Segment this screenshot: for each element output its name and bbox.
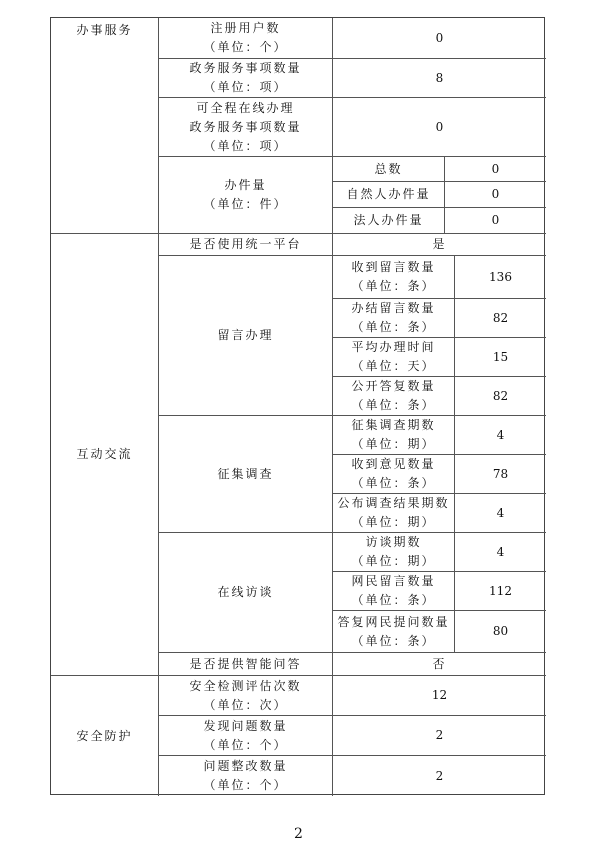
item-value: 0 — [436, 118, 444, 137]
item-unit: （单位：个） — [203, 736, 287, 755]
item-value: 0 — [436, 29, 444, 48]
item-unit: （单位：个） — [203, 776, 287, 795]
sub-unit: （单位：期） — [351, 513, 435, 532]
row-service-items-value: 8 — [332, 58, 546, 97]
item-unit: （单位：项） — [203, 78, 287, 97]
sub-label: 收到留言数量 — [351, 258, 435, 277]
sub-messages-received-value: 136 — [454, 255, 546, 298]
item-label-line1: 可全程在线办理 — [196, 99, 294, 118]
group-label: 征集调查 — [217, 465, 273, 484]
group-label: 在线访谈 — [217, 583, 273, 602]
sub-value: 4 — [497, 504, 505, 523]
sub-value: 136 — [489, 268, 512, 287]
sub-legal-person-label: 法人办件量 — [332, 207, 444, 233]
row-security-checks-label: 安全检测评估次数 （单位：次） — [158, 675, 332, 715]
sub-label: 办结留言数量 — [351, 299, 435, 318]
sub-label: 公布调查结果期数 — [337, 494, 449, 513]
sub-opinions-received-value: 78 — [454, 454, 546, 493]
sub-value: 0 — [492, 160, 500, 179]
row-issues-found-label: 发现问题数量 （单位：个） — [158, 715, 332, 755]
sub-unit: （单位：条） — [351, 318, 435, 337]
sub-results-published-label: 公布调查结果期数 （单位：期） — [332, 493, 454, 532]
sub-value: 4 — [497, 543, 505, 562]
sub-public-replies-label: 公开答复数量 （单位：条） — [332, 376, 454, 415]
section-label-text: 互动交流 — [76, 445, 132, 464]
sub-unit: （单位：天） — [351, 357, 435, 376]
row-smart-qa-value: 否 — [332, 652, 546, 675]
sub-value: 4 — [497, 426, 505, 445]
section-label-interaction: 互动交流 — [51, 233, 158, 675]
sub-natural-person-label: 自然人办件量 — [332, 181, 444, 207]
row-online-items-label: 可全程在线办理 政务服务事项数量 （单位：项） — [158, 97, 332, 156]
row-security-checks-value: 12 — [332, 675, 546, 715]
sub-unit: （单位：期） — [351, 435, 435, 454]
sub-value: 82 — [493, 309, 508, 328]
sub-total-value: 0 — [444, 156, 546, 181]
sub-interview-periods-label: 访谈期数 （单位：期） — [332, 532, 454, 571]
sub-avg-time-label: 平均办理时间 （单位：天） — [332, 337, 454, 376]
item-value: 8 — [436, 69, 444, 88]
row-unified-platform-label: 是否使用统一平台 — [158, 233, 332, 255]
sub-results-published-value: 4 — [454, 493, 546, 532]
row-registered-users-label: 注册用户数 （单位：个） — [158, 18, 332, 58]
row-issues-found-value: 2 — [332, 715, 546, 755]
item-value: 12 — [432, 686, 447, 705]
section-label-security: 安全防护 — [51, 675, 158, 796]
sub-unit: （单位：条） — [351, 632, 435, 651]
item-label: 是否使用统一平台 — [189, 235, 301, 254]
sub-value: 0 — [492, 211, 500, 230]
item-unit: （单位：个） — [203, 38, 287, 57]
item-label: 注册用户数 — [210, 19, 280, 38]
group-message-handling: 留言办理 — [158, 255, 332, 415]
item-unit: （单位：次） — [203, 696, 287, 715]
group-survey: 征集调查 — [158, 415, 332, 532]
sub-unit: （单位：条） — [351, 396, 435, 415]
row-case-volume-label: 办件量 （单位：件） — [158, 156, 332, 233]
sub-value: 80 — [493, 622, 508, 641]
sub-messages-received-label: 收到留言数量 （单位：条） — [332, 255, 454, 298]
item-label-line2: 政务服务事项数量 — [189, 118, 301, 137]
sub-label: 自然人办件量 — [346, 185, 430, 204]
sub-label: 答复网民提问数量 — [337, 613, 449, 632]
item-value: 否 — [432, 655, 446, 674]
row-online-items-value: 0 — [332, 97, 546, 156]
item-label: 发现问题数量 — [203, 717, 287, 736]
item-value: 2 — [436, 767, 444, 786]
sub-label: 公开答复数量 — [351, 377, 435, 396]
item-label: 安全检测评估次数 — [189, 677, 301, 696]
sub-questions-answered-label: 答复网民提问数量 （单位：条） — [332, 610, 454, 652]
item-unit: （单位：件） — [203, 195, 287, 214]
sub-netizen-messages-label: 网民留言数量 （单位：条） — [332, 571, 454, 610]
item-label: 是否提供智能问答 — [189, 655, 301, 674]
row-registered-users-value: 0 — [332, 18, 546, 58]
sub-value: 112 — [489, 582, 512, 601]
sub-opinions-received-label: 收到意见数量 （单位：条） — [332, 454, 454, 493]
item-unit: （单位：项） — [203, 137, 287, 156]
sub-survey-periods-label: 征集调查期数 （单位：期） — [332, 415, 454, 454]
statistics-table: 办事服务 注册用户数 （单位：个） 0 政务服务事项数量 （单位：项） 8 可全… — [50, 17, 545, 795]
sub-label: 法人办件量 — [353, 211, 423, 230]
sub-value: 82 — [493, 387, 508, 406]
item-label: 办件量 — [224, 176, 266, 195]
sub-label: 网民留言数量 — [351, 572, 435, 591]
sub-natural-person-value: 0 — [444, 181, 546, 207]
row-issues-fixed-label: 问题整改数量 （单位：个） — [158, 755, 332, 796]
item-value: 是 — [432, 235, 446, 254]
sub-netizen-messages-value: 112 — [454, 571, 546, 610]
sub-questions-answered-value: 80 — [454, 610, 546, 652]
sub-value: 0 — [492, 185, 500, 204]
row-issues-fixed-value: 2 — [332, 755, 546, 796]
row-unified-platform-value: 是 — [332, 233, 546, 255]
sub-legal-person-value: 0 — [444, 207, 546, 233]
sub-label: 总数 — [374, 160, 402, 179]
sub-unit: （单位：期） — [351, 552, 435, 571]
sub-label: 平均办理时间 — [351, 338, 435, 357]
row-service-items-label: 政务服务事项数量 （单位：项） — [158, 58, 332, 97]
sub-total-label: 总数 — [332, 156, 444, 181]
section-label-text: 办事服务 — [76, 21, 132, 40]
page-number: 2 — [0, 826, 597, 842]
group-label: 留言办理 — [217, 326, 273, 345]
row-smart-qa-label: 是否提供智能问答 — [158, 652, 332, 675]
section-label-text: 安全防护 — [76, 727, 132, 746]
sub-messages-closed-label: 办结留言数量 （单位：条） — [332, 298, 454, 337]
item-label: 政务服务事项数量 — [189, 59, 301, 78]
sub-value: 15 — [493, 348, 508, 367]
item-value: 2 — [436, 726, 444, 745]
sub-messages-closed-value: 82 — [454, 298, 546, 337]
sub-interview-periods-value: 4 — [454, 532, 546, 571]
sub-public-replies-value: 82 — [454, 376, 546, 415]
sub-unit: （单位：条） — [351, 277, 435, 296]
sub-unit: （单位：条） — [351, 591, 435, 610]
sub-value: 78 — [493, 465, 508, 484]
section-label-service: 办事服务 — [51, 18, 158, 233]
sub-avg-time-value: 15 — [454, 337, 546, 376]
item-label: 问题整改数量 — [203, 757, 287, 776]
sub-unit: （单位：条） — [351, 474, 435, 493]
group-online-interview: 在线访谈 — [158, 532, 332, 652]
sub-survey-periods-value: 4 — [454, 415, 546, 454]
sub-label: 收到意见数量 — [351, 455, 435, 474]
sub-label: 征集调查期数 — [351, 416, 435, 435]
sub-label: 访谈期数 — [365, 533, 421, 552]
